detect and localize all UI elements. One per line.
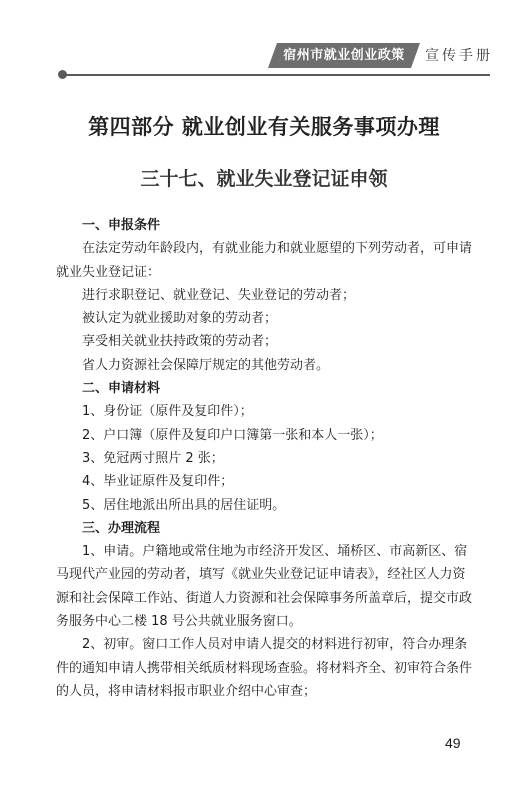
paragraph: 在法定劳动年龄段内，有就业能力和就业愿望的下列劳动者，可申请就业失业登记证： — [56, 237, 474, 284]
header-rule — [63, 74, 490, 76]
paragraph: 被认定为就业援助对象的劳动者； — [56, 307, 474, 330]
list-item: 3、免冠两寸照片 2 张； — [56, 447, 474, 470]
paragraph: 省人力资源社会保障厅规定的其他劳动者。 — [56, 354, 474, 377]
paragraph: 1、申请。户籍地或常住地为市经济开发区、埇桥区、市高新区、宿马现代产业园的劳动者… — [56, 540, 474, 633]
section-title: 三十七、就业失业登记证申领 — [0, 165, 528, 193]
list-item: 1、身份证（原件及复印件）； — [56, 400, 474, 423]
section-heading: 一、申报条件 — [56, 214, 474, 237]
page-number: 49 — [445, 735, 461, 751]
paragraph: 享受相关就业扶持政策的劳动者； — [56, 330, 474, 353]
paragraph: 2、初审。窗口工作人员对申请人提交的材料进行初审，符合办理条件的通知申请人携带相… — [56, 633, 474, 703]
document-body: 一、申报条件 在法定劳动年龄段内，有就业能力和就业愿望的下列劳动者，可申请就业失… — [56, 214, 474, 703]
list-item: 5、居住地派出所出具的居住证明。 — [56, 494, 474, 517]
list-item: 2、户口簿（原件及复印户口簿第一张和本人一张）； — [56, 424, 474, 447]
list-item: 4、毕业证原件及复印件； — [56, 470, 474, 493]
header-subtitle: 宣传手册 — [425, 45, 493, 67]
section-heading: 三、办理流程 — [56, 517, 474, 540]
header-banner: 宿州市就业创业政策 — [268, 43, 420, 68]
part-title: 第四部分 就业创业有关服务事项办理 — [0, 112, 528, 142]
section-heading: 二、申请材料 — [56, 377, 474, 400]
paragraph: 进行求职登记、就业登记、失业登记的劳动者； — [56, 284, 474, 307]
